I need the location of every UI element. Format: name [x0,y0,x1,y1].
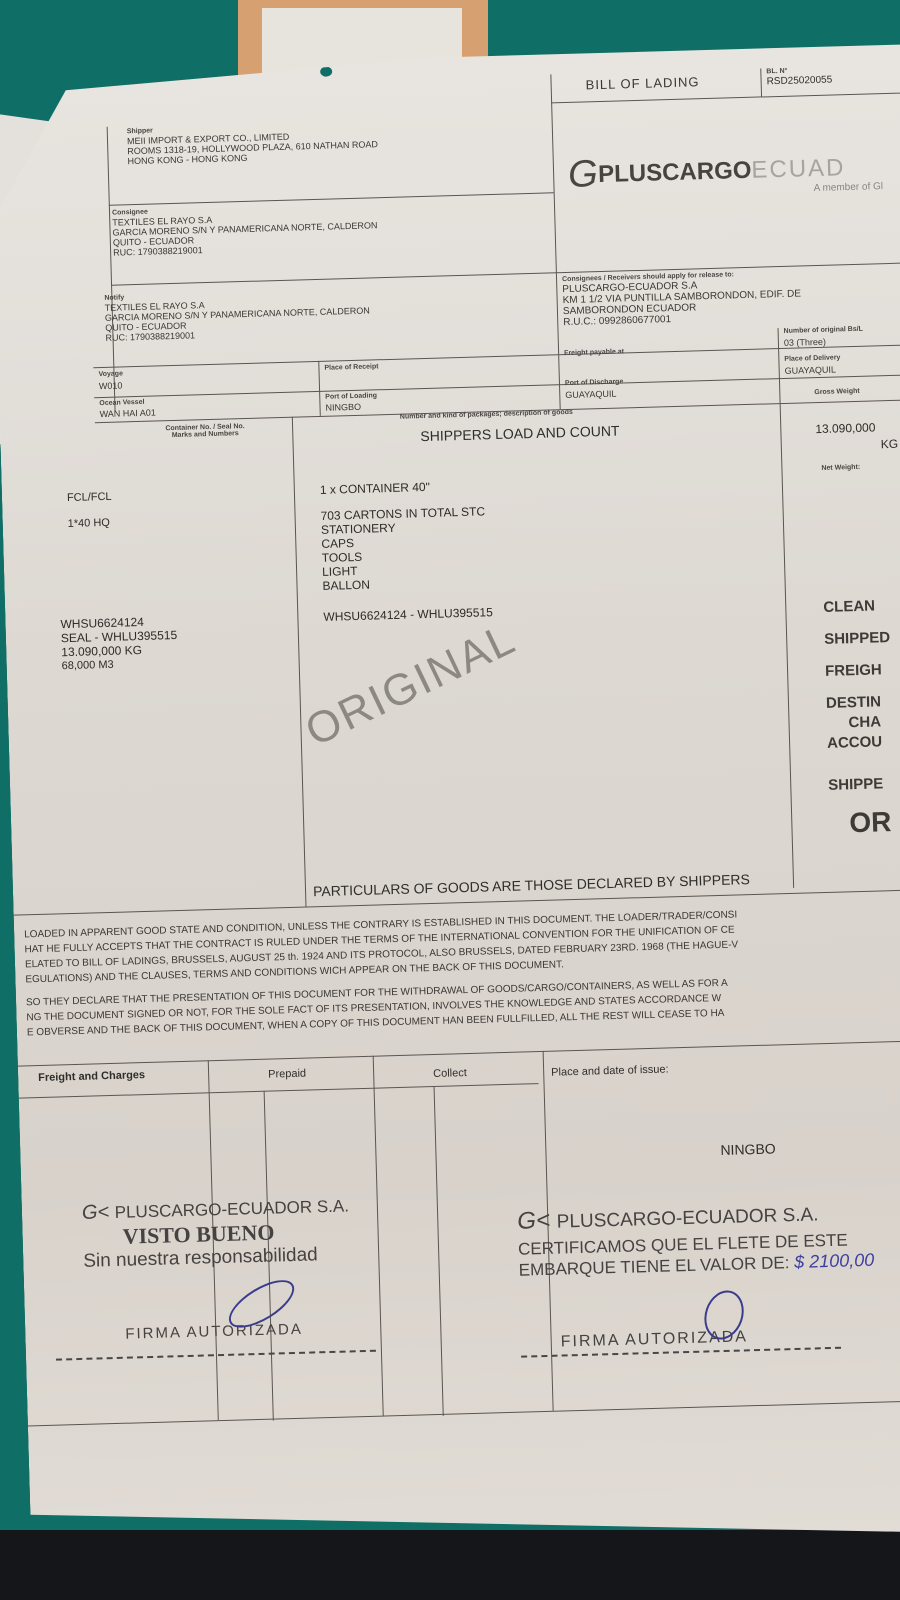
marks-header: Container No. / Seal No.Marks and Number… [130,422,280,440]
brand-name: PLUSCARGO [598,157,752,188]
place-issue: NINGBO [720,1140,776,1158]
document-title: BILL OF LADING [585,74,699,92]
punch-hole-icon [320,66,332,76]
freight-amount: $ 2100,00 [794,1250,875,1272]
pluscargo-logo-icon: G [568,153,599,197]
release-block: PLUSCARGO-ECUADOR S.AKM 1 1/2 VIA PUNTIL… [562,277,802,328]
background-surface [0,1530,900,1600]
terms-text: LOADED IN APPARENT GOOD STATE AND CONDIT… [24,907,740,1040]
consignee-label: Consignee [112,209,148,217]
place-receipt-label: Place of Receipt [324,363,378,372]
container-line: 1 x CONTAINER 40" [320,480,430,497]
notify-label: Notify [104,294,124,302]
shipper-label: Shipper [127,127,153,135]
originals-label: Number of original Bs/L [784,326,864,335]
port-loading-label: Port of Loading [325,392,377,400]
port-loading-value: NINGBO [325,402,361,413]
vessel-label: Ocean Vessel [99,399,144,407]
place-date-label: Place and date of issue: [551,1063,669,1078]
voyage-label: Voyage [98,370,123,378]
gross-weight-value: 13.090,000 [815,420,875,436]
consignee-block: TEXTILES EL RAYO S.AGARCIA MORENO S/N Y … [112,210,378,257]
place-delivery-label: Place of Delivery [784,354,840,363]
gross-weight-label: Gross Weight [814,388,860,396]
bill-of-lading-document: BILL OF LADING BL. N° RSD25020055 G PLUS… [0,44,900,1560]
vessel-value: WAN HAI A01 [100,408,156,420]
net-weight-label: Net Weight: [821,464,860,472]
clause-notes: CLEAN SHIPPED FREIGH DESTIN CHA ACCOU SH… [823,590,896,840]
bl-number-label: BL. N° [766,68,787,76]
marks-list: FCL/FCL1*40 HQ [67,490,113,531]
gross-weight-unit: KG [881,437,899,451]
freight-charges-header: Freight and Charges [38,1069,145,1084]
voyage-value: W010 [99,380,123,391]
notify-block: TEXTILES EL RAYO S.AGARCIA MORENO S/N Y … [105,295,371,342]
goods-list: 703 CARTONS IN TOTAL STC STATIONERYCAPST… [320,504,487,593]
freight-payable-label: Freight payable at [564,348,624,357]
port-discharge-value: GUAYAQUIL [565,389,616,400]
container-seal: WHSU6624124 - WHLU395515 [323,605,493,624]
place-delivery-value: GUAYAQUIL [785,365,836,376]
description-title: SHIPPERS LOAD AND COUNT [420,423,620,445]
bl-number: RSD25020055 [766,74,832,87]
port-discharge-label: Port of Discharge [565,378,624,387]
description-label: Number and kind of packages; description… [400,409,573,421]
originals-value: 03 (Three) [784,337,826,348]
collect-header: Collect [433,1067,467,1080]
prepaid-header: Prepaid [268,1068,306,1081]
container-info: WHSU6624124SEAL - WHLU39551513.090,000 K… [60,614,178,673]
shipper-block: MEII IMPORT & EXPORT CO., LIMITEDROOMS 1… [127,129,378,166]
brand-region: ECUAD [751,154,846,184]
original-watermark: ORIGINAL [298,614,524,757]
brand-tagline: A member of Gl [813,181,883,194]
